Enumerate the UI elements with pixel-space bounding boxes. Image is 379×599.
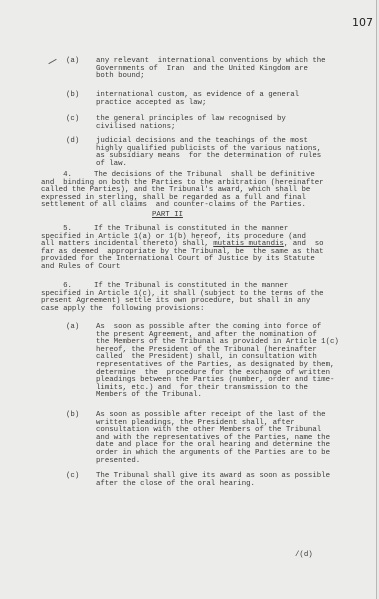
item-label: (c) [66, 473, 79, 481]
item-label: (a) [66, 324, 79, 332]
text-line: after the close of the oral hearing. [96, 481, 330, 489]
item-label: (b) [66, 92, 79, 100]
text-segment: all matters incidental thereto) shall, [41, 240, 213, 248]
paragraph-4: 4. The decisions of the Tribunal shall b… [41, 172, 324, 210]
text-line: as subsidiary means for the determinatio… [96, 153, 321, 161]
text-line: practice accepted as law; [96, 100, 299, 108]
text-line: both bound; [96, 73, 326, 81]
underlined-phrase: mutatis mutandis [213, 240, 284, 248]
text-line: of law. [96, 161, 321, 169]
continuation-marker: /(d) [295, 552, 313, 560]
text-line: and Rules of Court [41, 264, 324, 272]
text-line: settlement of all claims and counter-cla… [41, 202, 324, 210]
text-line: presented. [96, 458, 330, 466]
item-label: (a) [66, 58, 79, 66]
part-heading: PART II [152, 212, 183, 220]
paragraph-5: 5. If the Tribunal is constituted in the… [41, 226, 324, 272]
item-label: (b) [66, 412, 79, 420]
document-page: 107 (a) any relevant international conve… [0, 0, 377, 599]
text-line: case apply the following provisions: [41, 306, 324, 314]
paragraph-6: 6. If the Tribunal is constituted in the… [41, 283, 324, 313]
text-segment: , and so [284, 240, 324, 248]
item-label: (d) [66, 138, 79, 146]
text-line: Members of the Tribunal. [96, 392, 339, 400]
text-line: civilised nations; [96, 124, 286, 132]
item-label: (c) [66, 116, 79, 124]
margin-tick-mark [48, 59, 56, 64]
page-number: 107 [352, 16, 373, 29]
